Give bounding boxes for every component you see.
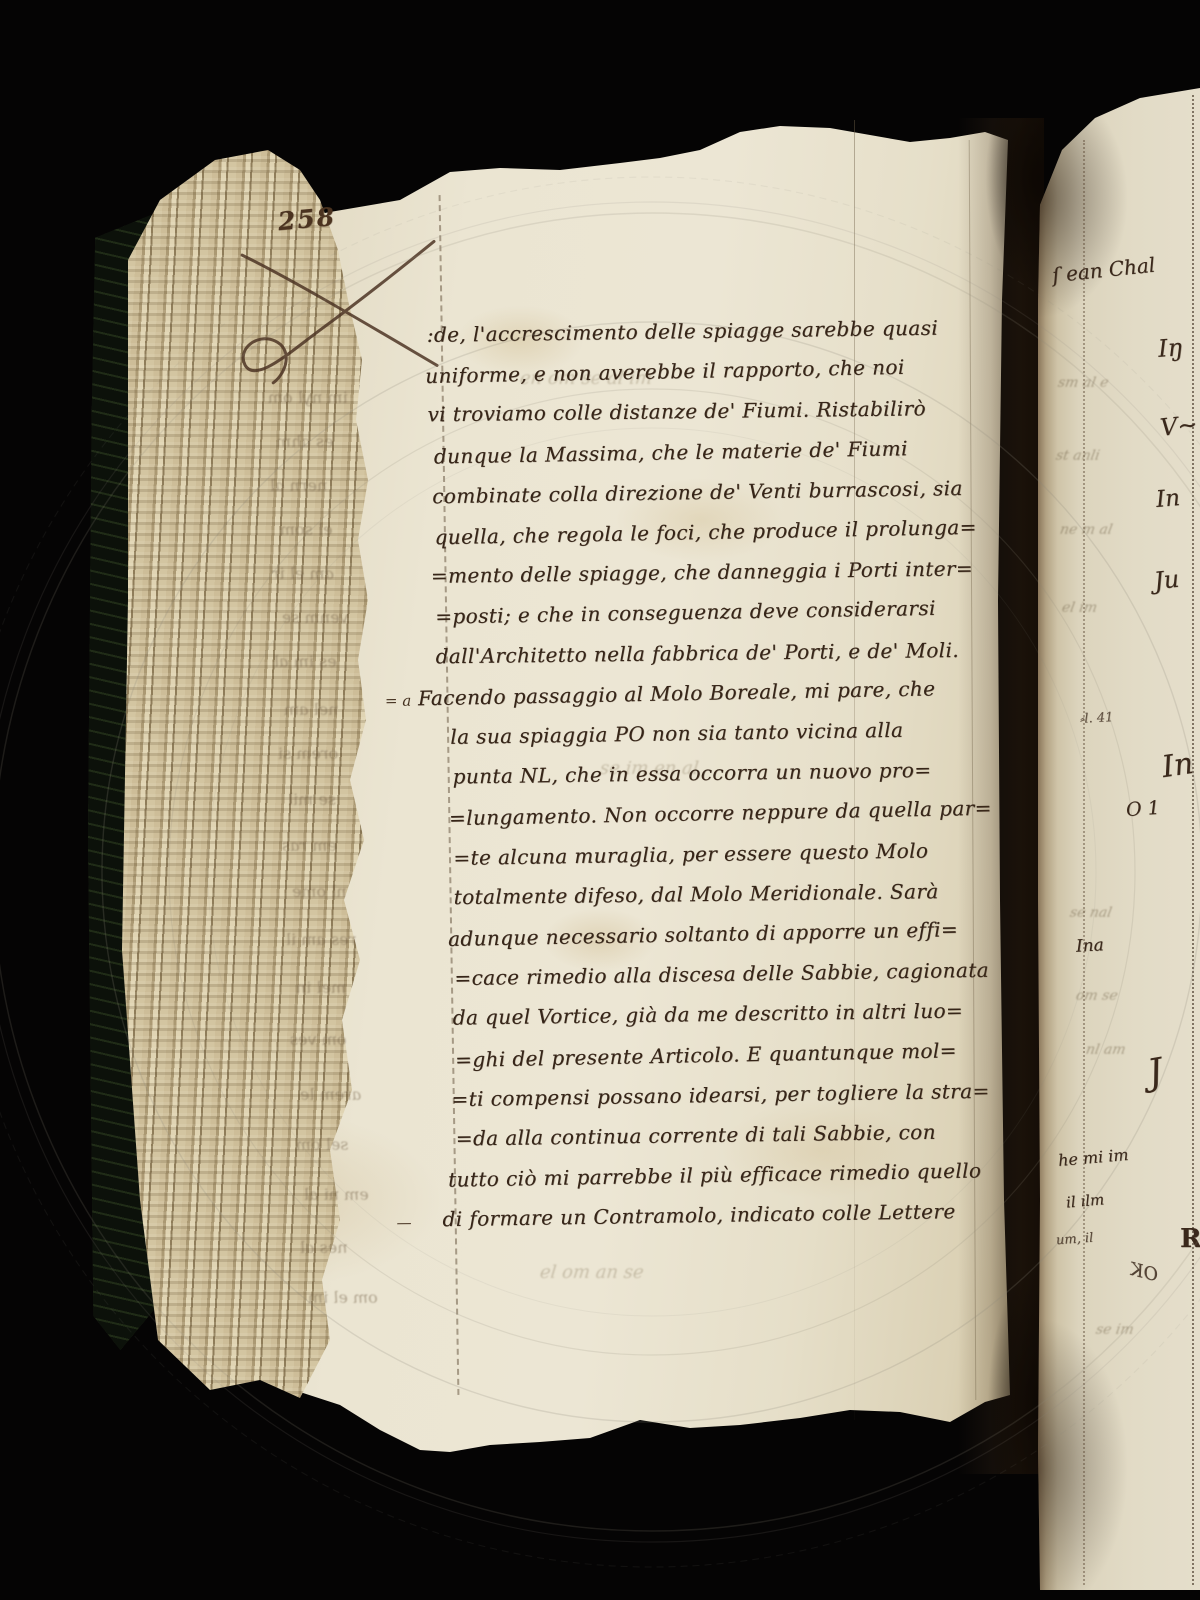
- manuscript-line: tutto ciò mi parrebbe il più efficace ri…: [448, 1158, 982, 1191]
- manuscript-line: =mento delle spiagge, che danneggia i Po…: [431, 556, 973, 588]
- manuscript-line: adunque necessario soltanto di apporre u…: [448, 917, 958, 951]
- manuscript-line: =cace rimedio alla discesa delle Sabbie,…: [454, 958, 989, 990]
- manuscript-line: totalmente difeso, dal Molo Meridionale.…: [454, 879, 939, 909]
- text-fragment: ⸗l. 41: [1080, 709, 1114, 727]
- manuscript-line: vi troviamo colle distanze de' Fiumi. Ri…: [427, 396, 926, 426]
- manuscript-line: =te alcuna muraglia, per essere questo M…: [453, 838, 928, 869]
- text-fragment: Ina: [1075, 935, 1104, 956]
- manuscript-line: la sua spiaggia PO non sia tanto vicina …: [450, 718, 903, 749]
- bleed-through-text: el im: [1061, 600, 1099, 616]
- gutter-shadow: [958, 118, 1044, 1474]
- right-page-sliver: [1038, 88, 1200, 1590]
- bleed-through-text: sm al e: [1057, 375, 1110, 391]
- manuscript-line: dall'Architetto nella fabbrica de' Porti…: [435, 638, 959, 668]
- text-fragment: Ju: [1153, 565, 1181, 595]
- text-fragment: In: [1160, 746, 1196, 785]
- bleed-through-text: ne m al: [1059, 522, 1114, 538]
- manuscript-line: =ti compensi possano idearsi, per toglie…: [451, 1079, 990, 1111]
- bleed-through-text: se nal: [1069, 905, 1114, 921]
- manuscript-line: combinate colla direzione de' Venti burr…: [432, 476, 963, 508]
- text-fragment: R: [1180, 1224, 1200, 1254]
- text-fragment: Iŋ: [1157, 333, 1184, 363]
- manuscript-line: uniforme, e non averebbe il rapporto, ch…: [425, 355, 905, 388]
- text-fragment: O 1: [1125, 797, 1160, 821]
- book-photo: im nyl om es ahm nern al el som am el ir…: [0, 0, 1200, 1600]
- manuscript-line: :de, l'accrescimento delle spiagge sareb…: [427, 316, 939, 347]
- manuscript-line: da quel Vortice, già da me descritto in …: [453, 999, 964, 1030]
- right-page-edge-rule: [1192, 95, 1194, 1585]
- text-fragment: V∼: [1159, 410, 1199, 442]
- manuscript-line: =lungamento. Non occorre neppure da quel…: [449, 796, 992, 830]
- manuscript-line: di formare un Contramolo, indicato colle…: [442, 1199, 955, 1231]
- paraph-flourish: [234, 223, 445, 395]
- text-fragment: In: [1155, 485, 1181, 513]
- manuscript-line: =da alla continua corrente di tali Sabbi…: [456, 1120, 936, 1151]
- manuscript-line: =posti; e che in conseguenza deve consid…: [435, 596, 936, 629]
- bleed-through-text: se im: [1095, 1322, 1136, 1338]
- bleed-through-text: nl am: [1085, 1042, 1127, 1058]
- paragraph-margin-mark: = a: [385, 692, 411, 710]
- manuscript-line: Facendo passaggio al Molo Boreale, mi pa…: [418, 676, 936, 710]
- bleed-through-text: st anli: [1055, 448, 1101, 464]
- text-fragment: il ılm: [1065, 1190, 1105, 1211]
- manuscript-line: punta NL, che in essa occorra un nuovo p…: [452, 758, 931, 789]
- text-fragment: um, il: [1056, 1231, 1094, 1249]
- paragraph-margin-mark: —: [396, 1214, 411, 1232]
- bleed-through-text: om se: [1075, 988, 1119, 1004]
- manuscript-line: =ghi del presente Articolo. E quantunque…: [455, 1038, 957, 1072]
- right-page-margin-rule: [1083, 140, 1085, 1585]
- manuscript-line: dunque la Massima, che le materie de' Fi…: [434, 436, 908, 468]
- manuscript-line: quella, che regola le foci, che produce …: [434, 515, 977, 549]
